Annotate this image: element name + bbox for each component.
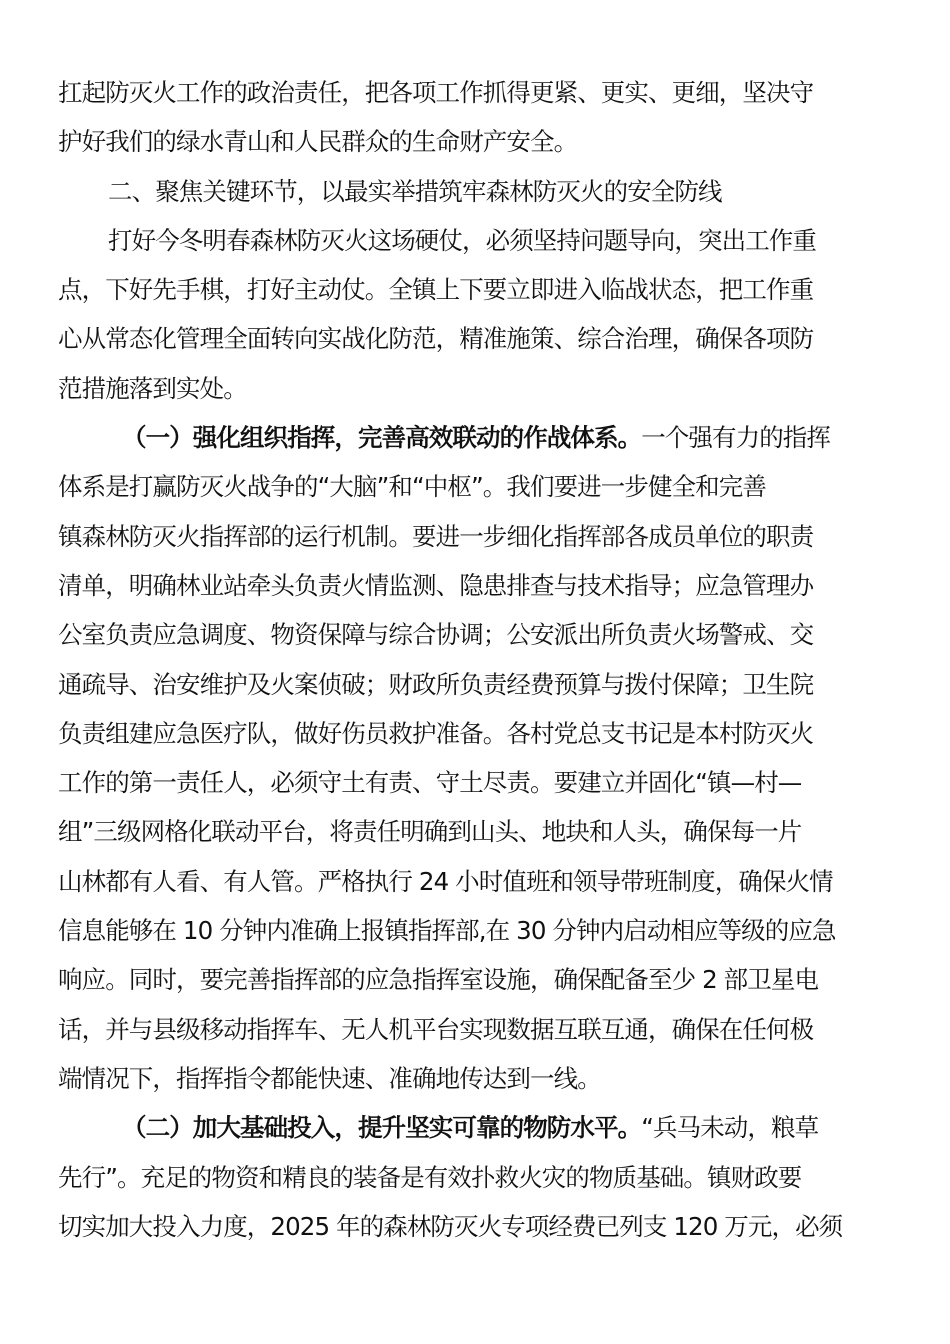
text-run: 一个强有力的指挥 xyxy=(641,423,830,452)
text-line: 山林都有人看、有人管。严格执行 24 小时值班和领导带班制度，确保火情 xyxy=(58,857,888,906)
text-line: 信息能够在 10 分钟内准确上报镇指挥部,在 30 分钟内启动相应等级的应急 xyxy=(58,906,888,955)
text-line: 公室负责应急调度、物资保障与综合协调；公安派出所负责火场警戒、交 xyxy=(58,610,888,659)
text-line: 心从常态化管理全面转向实战化防范，精准施策、综合治理，确保各项防 xyxy=(58,314,888,363)
document-page: 扛起防灭火工作的政治责任，把各项工作抓得更紧、更实、更细，坚决守 护好我们的绿水… xyxy=(58,68,888,1251)
text-line: 清单，明确林业站牵头负责火情监测、隐患排查与技术指导；应急管理办 xyxy=(58,561,888,610)
subsection-first-line: （二）加大基础投入，提升坚实可靠的物防水平。“兵马未动，粮草 xyxy=(58,1103,888,1152)
text-line: 通疏导、治安维护及火案侦破；财政所负责经费预算与拨付保障；卫生院 xyxy=(58,660,888,709)
text-line: 打好今冬明春森林防灭火这场硬仗，必须坚持问题导向，突出工作重 xyxy=(58,216,888,265)
text-line: 先行”。充足的物资和精良的装备是有效扑救火灾的物质基础。镇财政要 xyxy=(58,1153,888,1202)
text-line: 响应。同时，要完善指挥部的应急指挥室设施，确保配备至少 2 部卫星电 xyxy=(58,955,888,1004)
text-run: “兵马未动，粮草 xyxy=(641,1113,818,1142)
text-line: 工作的第一责任人，必须守土有责、守土尽责。要建立并固化“镇—村— xyxy=(58,758,888,807)
text-line: 话，并与县级移动指挥车、无人机平台实现数据互联互通，确保在任何极 xyxy=(58,1005,888,1054)
subsection-heading: （一）强化组织指挥，完善高效联动的作战体系。 xyxy=(122,423,641,452)
section-heading: 二、聚焦关键环节，以最实举措筑牢森林防灭火的安全防线 xyxy=(58,167,888,216)
subsection-first-line: （一）强化组织指挥，完善高效联动的作战体系。一个强有力的指挥 xyxy=(58,413,888,462)
text-line: 点，下好先手棋，打好主动仗。全镇上下要立即进入临战状态，把工作重 xyxy=(58,265,888,314)
text-line: 负责组建应急医疗队，做好伤员救护准备。各村党总支书记是本村防灭火 xyxy=(58,709,888,758)
text-line: 扛起防灭火工作的政治责任，把各项工作抓得更紧、更实、更细，坚决守 xyxy=(58,68,888,117)
text-line: 护好我们的绿水青山和人民群众的生命财产安全。 xyxy=(58,117,888,166)
text-line: 端情况下，指挥指令都能快速、准确地传达到一线。 xyxy=(58,1054,888,1103)
text-line: 体系是打赢防灭火战争的“大脑”和“中枢”。我们要进一步健全和完善 xyxy=(58,462,888,511)
text-line: 镇森林防灭火指挥部的运行机制。要进一步细化指挥部各成员单位的职责 xyxy=(58,512,888,561)
text-line: 组”三级网格化联动平台，将责任明确到山头、地块和人头，确保每一片 xyxy=(58,807,888,856)
text-line: 范措施落到实处。 xyxy=(58,364,888,413)
text-line: 切实加大投入力度，2025 年的森林防灭火专项经费已列支 120 万元，必须 xyxy=(58,1202,888,1251)
subsection-heading: （二）加大基础投入，提升坚实可靠的物防水平。 xyxy=(122,1113,641,1142)
